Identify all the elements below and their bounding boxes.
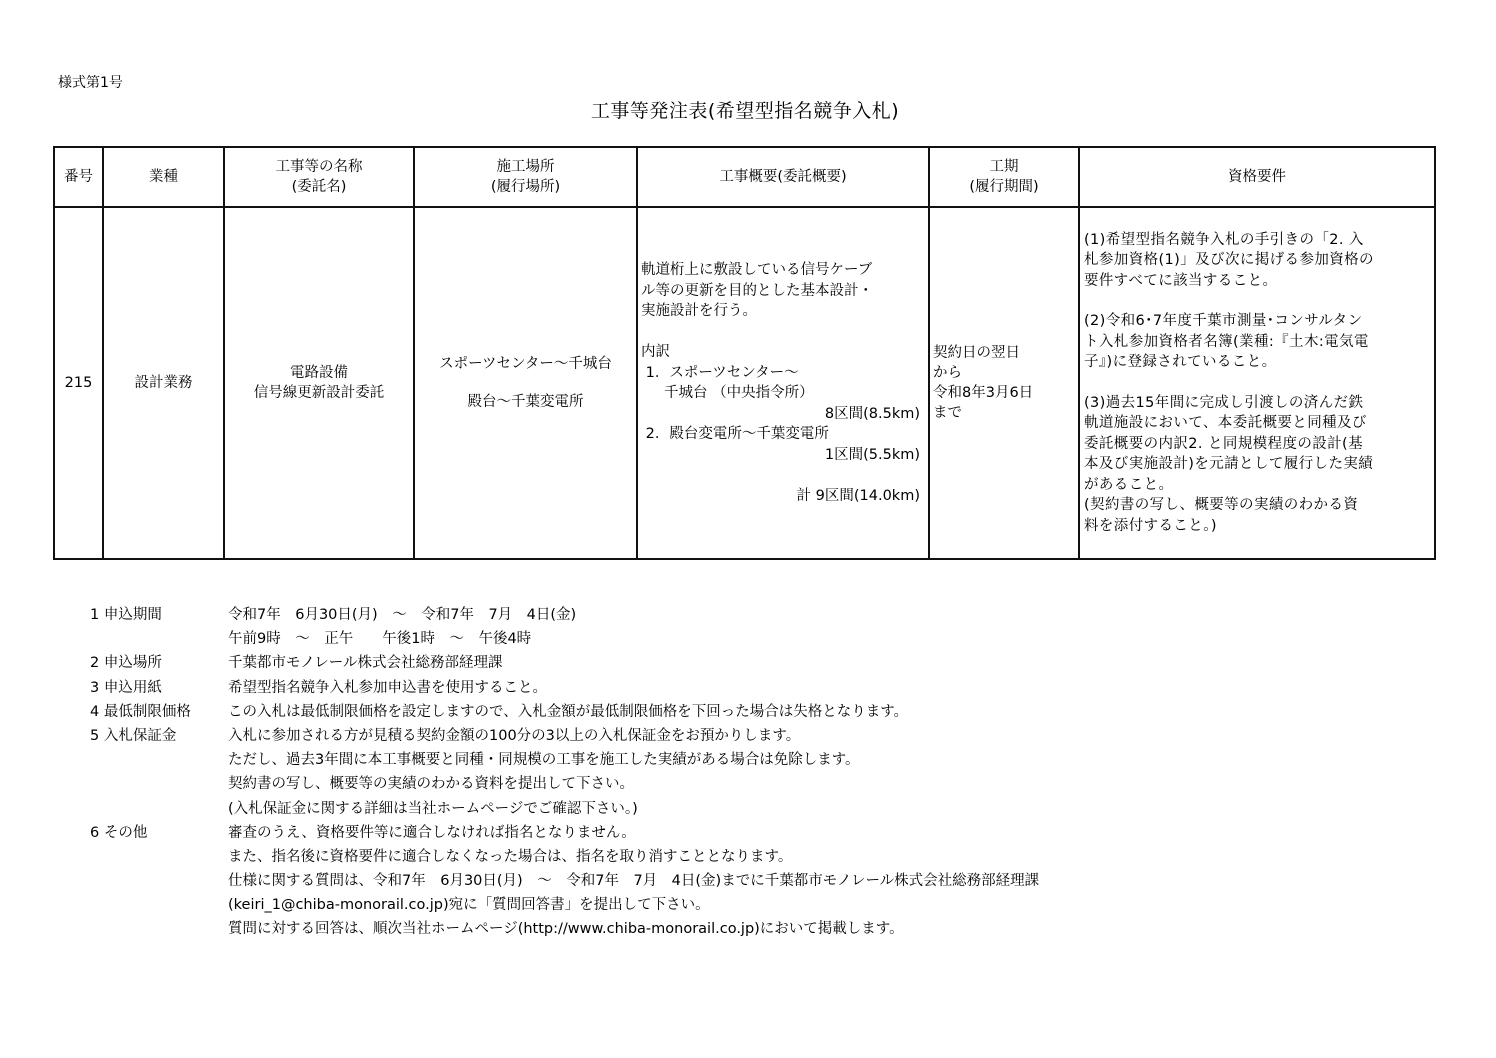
cell-name: 電路設備信号線更新設計委託 xyxy=(224,207,414,559)
col-header-category: 業種 xyxy=(103,147,224,207)
form-number: 様式第1号 xyxy=(58,72,123,92)
page-title-text: 工事等発注表(希望型指名競争入札) xyxy=(591,100,899,122)
cell-category: 設計業務 xyxy=(103,207,224,559)
cell-requirements: (1)希望型指名競争入札の手引きの「2. 入札参加資格(1)」及び次に掲げる参加… xyxy=(1079,207,1435,559)
contact-email-line: (keiri_1@chiba-monorail.co.jp)宛に「質問回答書」を… xyxy=(228,893,710,917)
website-line: 質問に対する回答は、順次当社ホームページ(http://www.chiba-mo… xyxy=(228,917,904,941)
col-header-location: 施工場所(履行場所) xyxy=(414,147,637,207)
col-header-name: 工事等の名称(委託名) xyxy=(224,147,414,207)
table-header-row: 番号 業種 工事等の名称(委託名) 施工場所(履行場所) 工事概要(委託概要) … xyxy=(54,147,1435,207)
col-header-number: 番号 xyxy=(54,147,103,207)
cell-number: 215 xyxy=(54,207,103,559)
col-header-requirements: 資格要件 xyxy=(1079,147,1435,207)
page-title: 工事等発注表(希望型指名競争入札) xyxy=(0,96,1496,123)
requirement-1: (1)希望型指名競争入札の手引きの「2. 入札参加資格(1)」及び次に掲げる参加… xyxy=(1084,230,1428,292)
requirement-3: (3)過去15年間に完成し引渡しの済んだ鉄軌道施設において、本委託概要と同種及び… xyxy=(1084,393,1428,537)
cell-outline: 軌道桁上に敷設している信号ケーブ ル等の更新を目的とした基本設計・ 実施設計を行… xyxy=(637,207,929,559)
cell-location: スポーツセンター～千城台 殿台～千葉変電所 xyxy=(414,207,637,559)
col-header-period: 工期(履行期間) xyxy=(929,147,1079,207)
col-header-outline: 工事概要(委託概要) xyxy=(637,147,929,207)
table-row: 215 設計業務 電路設備信号線更新設計委託 スポーツセンター～千城台 殿台～千… xyxy=(54,207,1435,559)
requirement-2: (2)令和6･7年度千葉市測量･コンサルタント入札参加資格者名簿(業種:『土木:… xyxy=(1084,311,1428,373)
cell-period: 契約日の翌日 から 令和8年3月6日 まで xyxy=(929,207,1079,559)
order-table: 番号 業種 工事等の名称(委託名) 施工場所(履行場所) 工事概要(委託概要) … xyxy=(53,146,1436,560)
